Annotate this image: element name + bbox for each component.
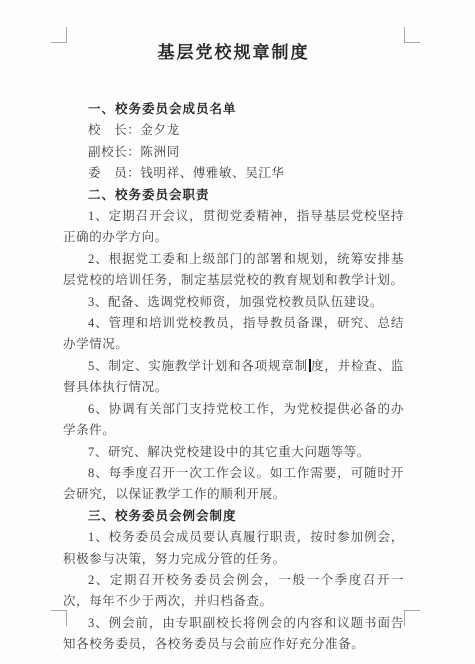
duty-item-2[interactable]: 2、根据党工委和上级部门的部署和规划，统筹安排基层党校的培训任务，制定基层党校的… [63, 249, 404, 292]
section-3-heading[interactable]: 三、校务委员会例会制度 [63, 506, 404, 527]
duty-item-1[interactable]: 1、定期召开会议，贯彻党委精神，指导基层党校坚持正确的办学方向。 [63, 206, 404, 249]
margin-mark-top-left-icon [51, 27, 67, 43]
document-page: 基层党校规章制度 一、校务委员会成员名单 校 长：金夕龙 副校长：陈洲同 委 员… [0, 0, 475, 664]
member-line-committee[interactable]: 委 员：钱明祥、傅雅敏、吴江华 [63, 163, 404, 184]
duty-item-8[interactable]: 8、每季度召开一次工作会议。如工作需要，可随时开会研究，以保证教学工作的顺利开展… [63, 463, 404, 506]
duty-item-5-with-cursor[interactable]: 5、制定、实施教学计划和各项规章制度，并检查、监督具体执行情况。 [63, 356, 404, 399]
section-2-heading[interactable]: 二、校务委员会职责 [63, 185, 404, 206]
margin-mark-bottom-right-icon [404, 610, 420, 626]
duty-item-3[interactable]: 3、配备、选调党校师资，加强党校教员队伍建设。 [63, 292, 404, 313]
duty-item-5-text-before-cursor: 5、制定、实施教学计划和各项规章制 [88, 359, 308, 373]
section-1-heading[interactable]: 一、校务委员会成员名单 [63, 99, 404, 120]
document-text-area[interactable]: 一、校务委员会成员名单 校 长：金夕龙 副校长：陈洲同 委 员：钱明祥、傅雅敏、… [63, 99, 404, 656]
margin-mark-top-right-icon [404, 27, 420, 43]
member-line-principal[interactable]: 校 长：金夕龙 [63, 120, 404, 141]
member-line-vice-principal[interactable]: 副校长：陈洲同 [63, 142, 404, 163]
meeting-rule-1[interactable]: 1、校务委员会成员要认真履行职责，按时参加例会，积极参与决策，努力完成分管的任务… [63, 527, 404, 570]
meeting-rule-2[interactable]: 2、定期召开校务委员会例会，一般一个季度召开一次，每年不少于两次，并归档备查。 [63, 570, 404, 613]
duty-item-7[interactable]: 7、研究、解决党校建设中的其它重大问题等等。 [63, 442, 404, 463]
document-title[interactable]: 基层党校规章制度 [63, 42, 404, 64]
duty-item-4[interactable]: 4、管理和培训党校教员，指导教员备课，研究、总结办学情况。 [63, 313, 404, 356]
meeting-rule-3[interactable]: 3、例会前，由专职副校长将例会的内容和议题书面告知各校务委员，各校务委员与会前应… [63, 613, 404, 656]
duty-item-6[interactable]: 6、协调有关部门支持党校工作，为党校提供必备的办学条件。 [63, 399, 404, 442]
